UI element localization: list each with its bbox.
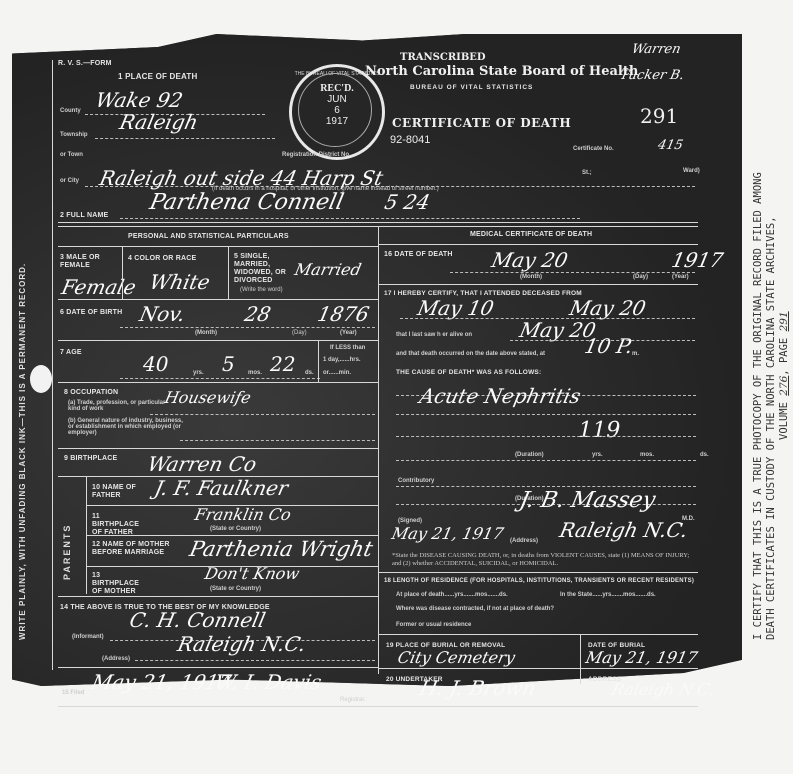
ds-label: ds. xyxy=(305,370,314,376)
marital-label: 5 SINGLE, MARRIED, WIDOWED, or DIVORCED xyxy=(234,253,292,285)
registrar-value: W. I. Davis xyxy=(212,670,323,694)
occupation-a-label: (a) Trade, profession, or particular kin… xyxy=(68,400,178,412)
dur-mos: mos. xyxy=(640,452,654,458)
board-title: North Carolina State Board of Health xyxy=(365,64,638,79)
divider xyxy=(378,572,698,573)
st-label: St.; xyxy=(582,170,592,176)
marital-value: Married xyxy=(293,260,363,279)
color-label: 4 COLOR OR RACE xyxy=(128,255,196,262)
contributory-line xyxy=(396,486,696,487)
place-of-death-heading: 1 PLACE OF DEATH xyxy=(118,72,198,81)
divider xyxy=(58,596,378,597)
day-hrs-label: 1 day,......hrs. xyxy=(323,357,361,363)
dob-day-caption: (Day) xyxy=(292,330,307,336)
birthplace-value: Warren Co xyxy=(145,452,258,476)
occupation-b-line xyxy=(180,440,375,441)
age-line xyxy=(120,378,320,379)
cell-divider xyxy=(122,246,123,299)
contracted-label: Where was disease contracted, if not at … xyxy=(396,606,554,612)
seal-ring xyxy=(298,73,372,147)
color-value: White xyxy=(147,270,212,294)
dob-line xyxy=(120,327,375,328)
full-name-value: Parthena Connell xyxy=(147,190,346,215)
township-line xyxy=(95,138,275,139)
undertaker-address-value: Raleigh N.C. xyxy=(610,680,716,699)
divider xyxy=(58,667,378,668)
divider xyxy=(378,634,698,635)
margin-note-1: Warren xyxy=(630,42,682,57)
divider xyxy=(86,535,378,536)
burial-value: City Cemetery xyxy=(396,648,517,667)
sex-label: 3 MALE OR FEMALE xyxy=(60,254,120,270)
medical-address-value: Raleigh N.C. xyxy=(557,518,690,542)
yrs-label: yrs. xyxy=(193,370,204,376)
informant-caption: (Informant) xyxy=(72,634,104,640)
divider xyxy=(58,246,378,247)
divider xyxy=(58,382,378,383)
personal-section-title: PERSONAL AND STATISTICAL PARTICULARS xyxy=(128,233,289,240)
state-caption-mother: (State or Country) xyxy=(210,586,261,592)
footnote: *State the DISEASE CAUSING DEATH, or, in… xyxy=(392,552,692,568)
less-than-label: If LESS than xyxy=(330,345,365,351)
age-days: 22 xyxy=(267,352,298,376)
city-label: or City xyxy=(60,178,79,184)
father-birthplace-label: 11 BIRTHPLACE OF FATHER xyxy=(92,513,144,537)
volume-label: VOLUME xyxy=(778,402,790,440)
occurred-value: 10 P. xyxy=(582,334,635,358)
cell-divider xyxy=(228,246,229,299)
town-label: or Town xyxy=(60,152,83,158)
residence-label: 18 LENGTH OF RESIDENCE (For Hospitals, I… xyxy=(384,578,694,584)
archives-certification: I CERTIFY THAT THIS IS A TRUE PHOTOCOPY … xyxy=(752,172,791,640)
divider xyxy=(58,222,698,223)
attended-to: May 20 xyxy=(567,296,648,320)
divider xyxy=(58,299,378,300)
cause-value: Acute Nephritis xyxy=(417,384,583,408)
margin-note-2: Tucker B. xyxy=(618,68,685,83)
divider xyxy=(378,284,698,285)
medical-address-label: (Address) xyxy=(510,538,538,544)
full-name-extra: 5 24 xyxy=(382,190,432,214)
divider xyxy=(378,668,698,669)
dur-yrs: yrs. xyxy=(592,452,603,458)
certification-volume-page: VOLUME 276, PAGE 291 xyxy=(778,172,791,640)
age-label: 7 AGE xyxy=(60,349,82,356)
month-caption: (Month) xyxy=(520,274,542,280)
sex-value: Female xyxy=(59,275,138,299)
file-number: 92-8041 xyxy=(390,134,430,146)
address-line xyxy=(135,660,375,661)
township-label: Township xyxy=(60,132,88,138)
last-saw-label: that I last saw h er alive on xyxy=(396,332,472,338)
cause-line xyxy=(396,460,696,461)
registrar-caption: Registrar. xyxy=(340,697,366,703)
margin-rule xyxy=(52,60,53,670)
divider xyxy=(58,706,698,707)
mother-birthplace-label: 13 BIRTHPLACE OF MOTHER xyxy=(92,572,147,596)
certificate-no-label: Certificate No. xyxy=(573,146,614,152)
cause-label: The CAUSE OF DEATH* was as follows: xyxy=(396,369,541,376)
year-caption: (Year) xyxy=(672,274,689,280)
signed-date: May 21, 1917 xyxy=(390,524,505,543)
mother-name-value: Parthenia Wright xyxy=(187,537,374,561)
dob-month: Nov. xyxy=(137,302,187,326)
cell-divider xyxy=(580,634,581,684)
filed-label: 15 Filed xyxy=(62,690,84,696)
day-caption: (Day) xyxy=(633,274,648,280)
occupation-a-value: Housewife xyxy=(163,388,253,407)
divider xyxy=(378,244,698,245)
date-of-death-value: May 20 xyxy=(489,248,570,272)
occurred-label: and that death occurred on the date abov… xyxy=(396,351,545,357)
father-birthplace-value: Franklin Co xyxy=(193,505,293,524)
marital-hint: (Write the word) xyxy=(240,287,283,293)
certificate-no-value: 415 xyxy=(656,138,684,153)
bureau-title: BUREAU OF VITAL STATISTICS xyxy=(410,84,533,91)
undertaker-value: H. J. Brown xyxy=(417,676,538,700)
ward-label: Ward) xyxy=(683,168,700,174)
father-name-value: J. F. Faulkner xyxy=(152,476,290,500)
punch-hole xyxy=(30,365,52,393)
left-margin-instructions: WRITE PLAINLY, WITH UNFADING BLACK INK—T… xyxy=(18,263,27,640)
informant-address-value: Raleigh N.C. xyxy=(175,632,308,656)
cause-code: 119 xyxy=(575,418,622,443)
volume-value: 276 xyxy=(778,376,790,396)
divider xyxy=(58,448,378,449)
mother-name-label: 12 NAME OF MOTHER BEFORE MARRIAGE xyxy=(92,541,180,557)
occupation-a-line xyxy=(150,414,375,415)
county-label: County xyxy=(60,108,81,114)
state-caption-father: (State or Country) xyxy=(210,526,261,532)
dob-label: 6 DATE OF BIRTH xyxy=(60,309,122,316)
full-name-line xyxy=(120,218,580,219)
informant-address-caption: (Address) xyxy=(102,656,130,662)
occupation-b-label: (b) General nature of industry, business… xyxy=(68,418,188,436)
father-name-label: 10 NAME OF FATHER xyxy=(92,484,142,500)
dob-year: 1876 xyxy=(315,302,371,326)
certification-line-2: DEATH CERTIFICATES IN CUSTODY OF THE NOR… xyxy=(765,172,778,640)
mos-label: mos. xyxy=(248,370,262,376)
cause-line xyxy=(396,436,696,437)
mother-birthplace-value: Don't Know xyxy=(203,564,301,583)
signed-value: J. B. Massey xyxy=(517,488,657,513)
in-state-label: In the State......yrs.......mos.......ds… xyxy=(560,592,656,598)
attended-from: May 10 xyxy=(415,296,496,320)
county-value: Wake 92 xyxy=(93,88,185,112)
township-value: Raleigh xyxy=(117,110,200,134)
at-place-label: At place of death......yrs.......mos....… xyxy=(396,592,508,598)
parents-side-label: PARENTS xyxy=(62,524,72,580)
date-of-death-label: 16 DATE OF DEATH xyxy=(384,251,453,258)
former-label: Former or usual residence xyxy=(396,622,471,628)
certification-line-1: I CERTIFY THAT THIS IS A TRUE PHOTOCOPY … xyxy=(752,172,765,640)
form-label: R. V. S.—Form xyxy=(58,60,112,67)
page-number: 291 xyxy=(640,104,678,128)
transcribed-stamp: TRANSCRIBED xyxy=(400,52,486,63)
age-years: 40 xyxy=(140,352,171,376)
cause-line xyxy=(396,414,696,415)
page-value: 291 xyxy=(778,311,790,331)
birthplace-label: 9 BIRTHPLACE xyxy=(64,455,117,462)
medical-section-title: MEDICAL CERTIFICATE OF DEATH xyxy=(470,231,592,238)
date-of-death-year: 1917 xyxy=(669,248,725,272)
date-of-death-line xyxy=(450,272,695,273)
duration-label: (Duration) xyxy=(515,452,544,458)
informant-value: C. H. Connell xyxy=(127,608,267,632)
dob-day: 28 xyxy=(242,302,273,326)
registration-district-label: Registration District No. xyxy=(282,152,351,158)
certificate-title: CERTIFICATE OF DEATH xyxy=(392,116,571,130)
cell-divider xyxy=(318,340,319,382)
dob-month-caption: (Month) xyxy=(195,330,217,336)
occurred-suffix: m. xyxy=(632,351,639,357)
burial-date-value: May 21, 1917 xyxy=(584,648,699,667)
contributory-label: Contributory xyxy=(398,478,434,484)
page-label: PAGE xyxy=(778,338,790,363)
divider xyxy=(58,340,378,341)
occupation-label: 8 OCCUPATION xyxy=(64,389,118,396)
full-name-label: 2 FULL NAME xyxy=(60,212,108,219)
dur-ds: ds. xyxy=(700,452,709,458)
column-divider xyxy=(378,226,379,674)
or-min-label: or......min. xyxy=(323,370,351,376)
dob-year-caption: (Year) xyxy=(340,330,357,336)
